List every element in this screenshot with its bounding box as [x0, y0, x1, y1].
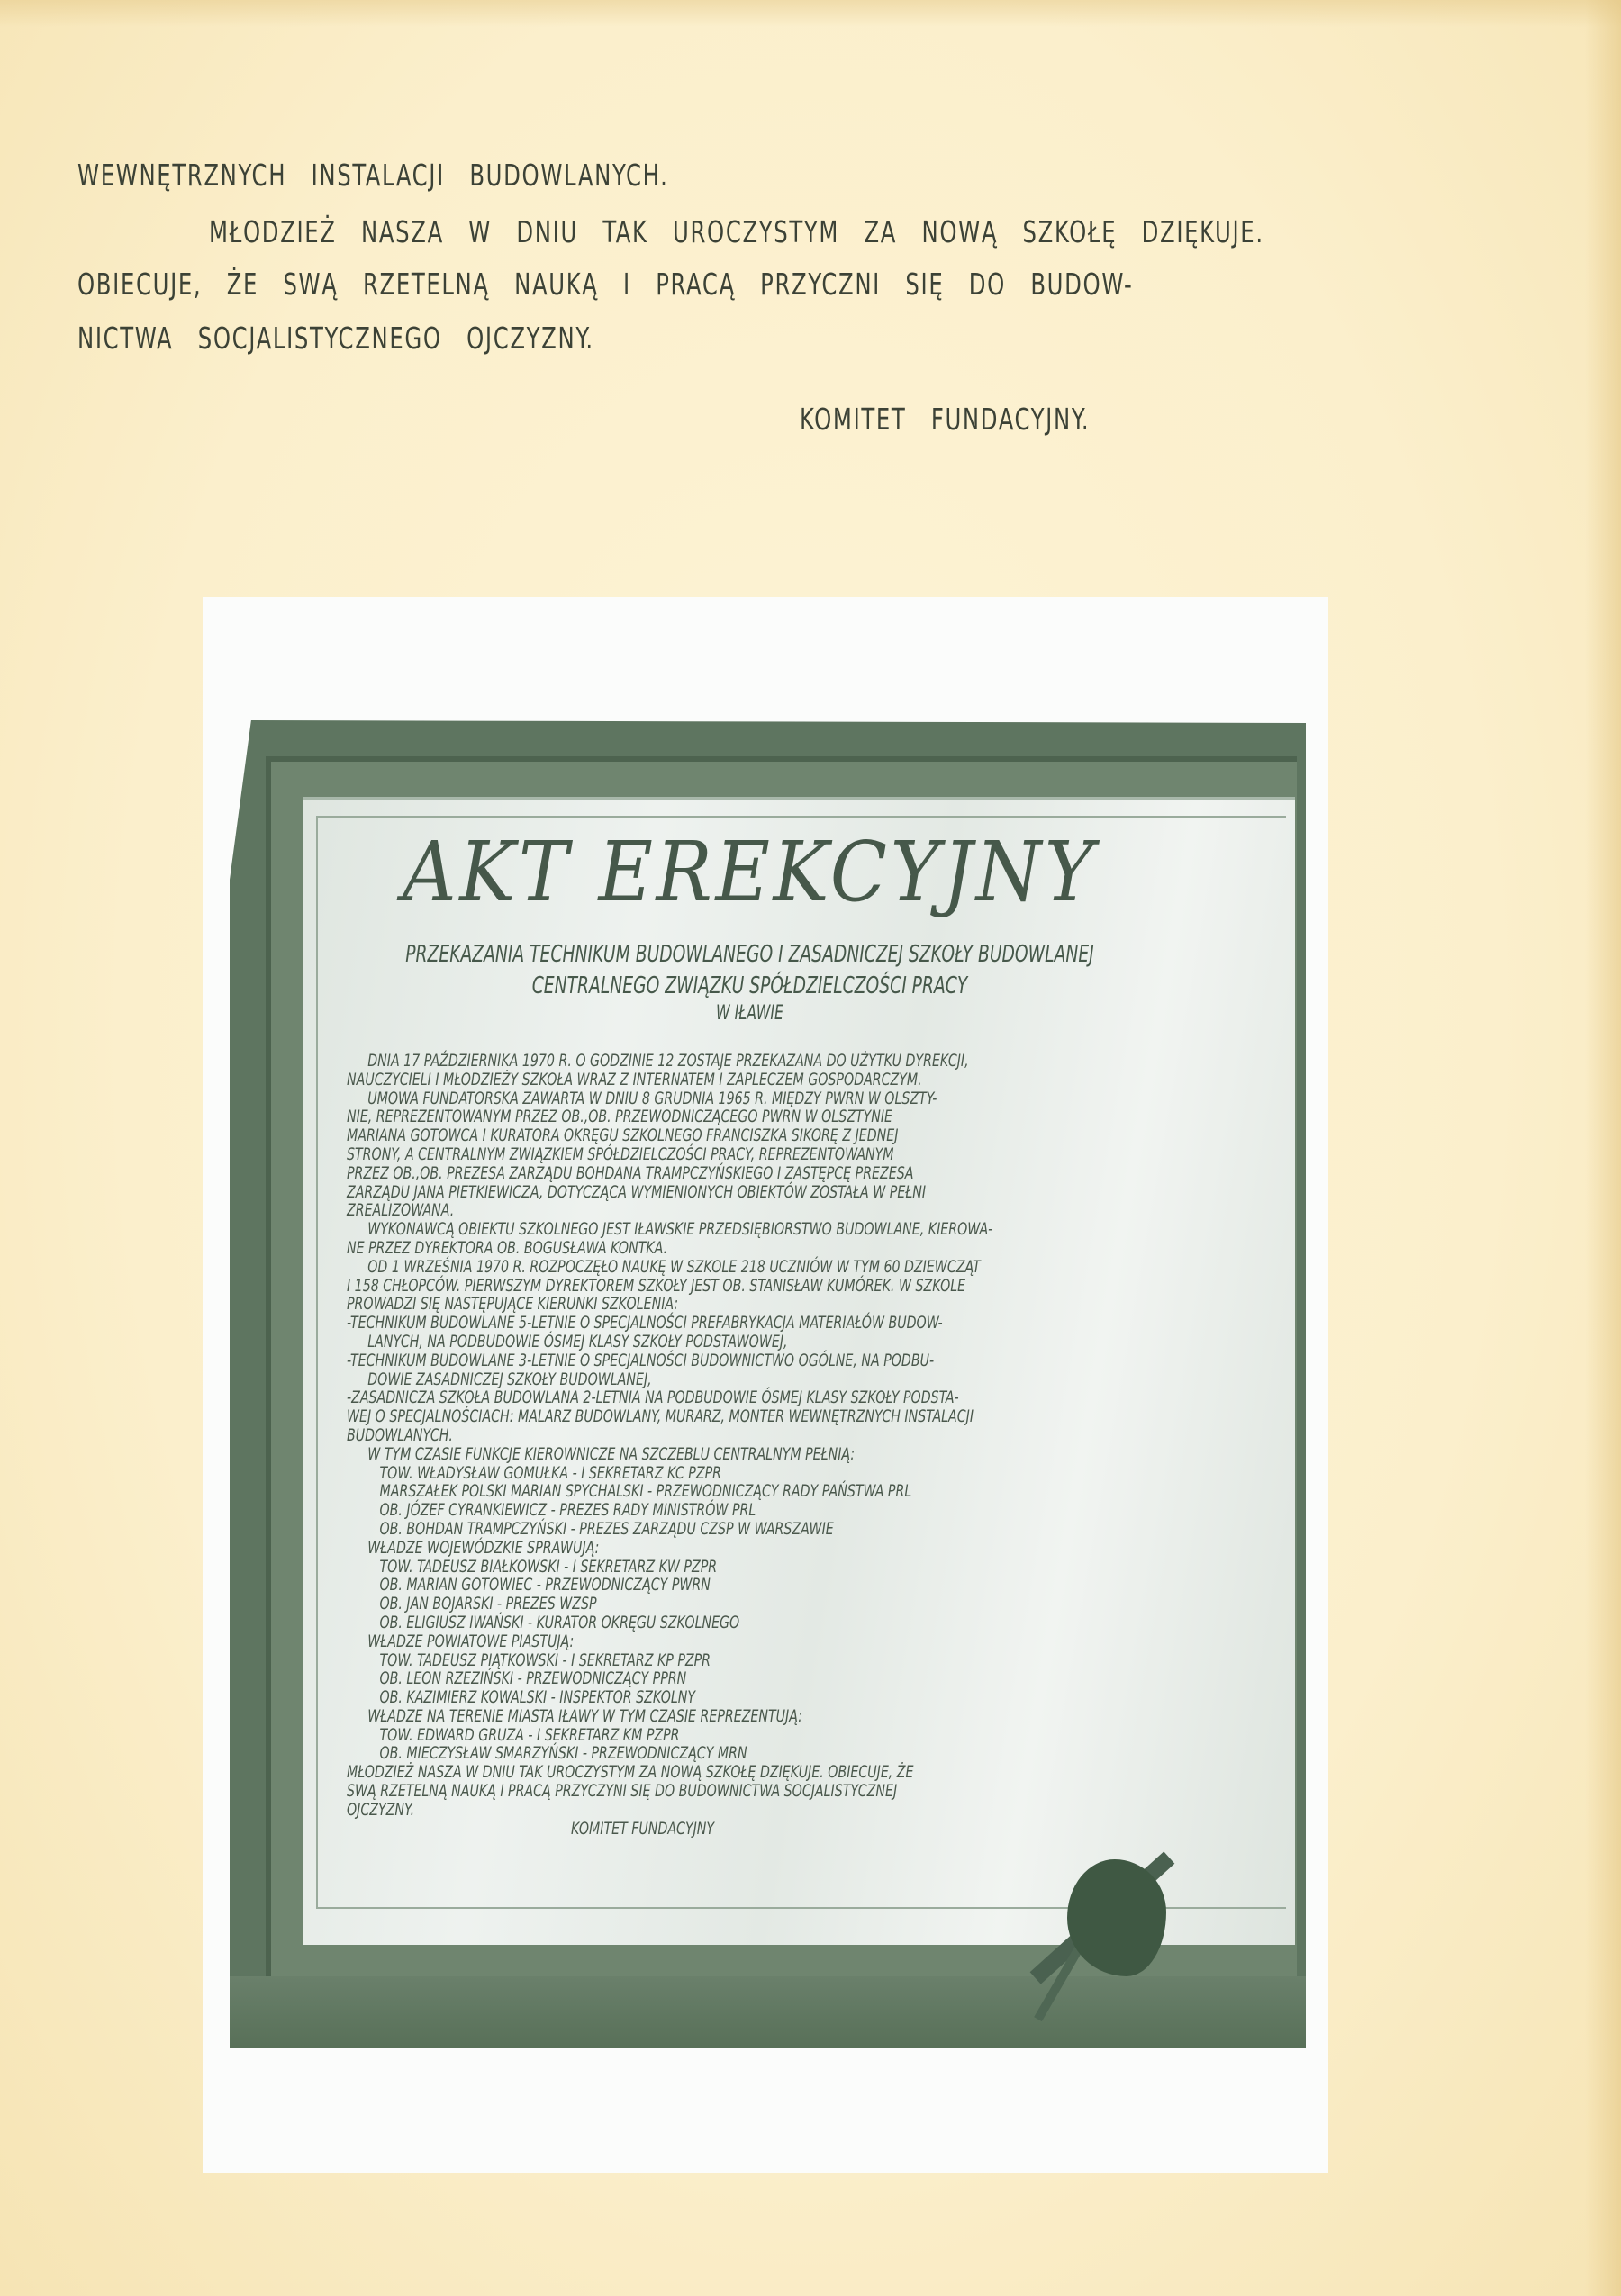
- plaque-line: BUDOWLANYCH.: [347, 1426, 1139, 1445]
- plaque-line: OB. KAZIMIERZ KOWALSKI - INSPEKTOR SZKOL…: [347, 1688, 1139, 1707]
- plaque-line: NIE, REPREZENTOWANYM PRZEZ OB.,OB. PRZEW…: [347, 1107, 1139, 1126]
- plaque-line: TOW. TADEUSZ PIĄTKOWSKI - I SEKRETARZ KP…: [347, 1651, 1139, 1670]
- plaque-line: NE PRZEZ DYREKTORA OB. BOGUSŁAWA KONTKA.: [347, 1239, 1139, 1258]
- plaque-line: OJCZYZNY.: [347, 1801, 1139, 1820]
- plaque-title: AKT EREKCYJNY: [282, 824, 1218, 920]
- plaque-line: WEJ O SPECJALNOŚCIACH: MALARZ BUDOWLANY,…: [347, 1407, 1139, 1426]
- plaque-line: ZARZĄDU JANA PIETKIEWICZA, DOTYCZĄCA WYM…: [347, 1183, 1139, 1202]
- plaque-line: OB. JÓZEF CYRANKIEWICZ - PREZES RADY MIN…: [347, 1501, 1139, 1520]
- plaque-line: OB. MIECZYSŁAW SMARZYŃSKI - PRZEWODNICZĄ…: [347, 1744, 1139, 1763]
- plaque-line: W TYM CZASIE FUNKCJE KIEROWNICZE NA SZCZ…: [347, 1445, 1139, 1464]
- handwritten-line-3: OBIECUJE, ŻE SWĄ RZETELNĄ NAUKĄ I PRACĄ …: [77, 267, 1133, 302]
- plaque-line: TOW. EDWARD GRUZA - I SEKRETARZ KM PZPR: [347, 1726, 1139, 1745]
- plaque-line: WYKONAWCĄ OBIEKTU SZKOLNEGO JEST IŁAWSKI…: [347, 1220, 1139, 1239]
- page-edge-shadow-top: [0, 0, 1621, 27]
- plaque-line: DOWIE ZASADNICZEJ SZKOŁY BUDOWLANEJ,: [347, 1370, 1139, 1389]
- plaque-line: STRONY, A CENTRALNYM ZWIĄZKIEM SPÓŁDZIEL…: [347, 1145, 1139, 1164]
- plaque-line: NAUCZYCIELI I MŁODZIEŻY SZKOŁA WRAZ Z IN…: [347, 1071, 1139, 1089]
- plaque-line: TOW. WŁADYSŁAW GOMUŁKA - I SEKRETARZ KC …: [347, 1464, 1139, 1483]
- plaque-base: [230, 1976, 1306, 2048]
- plaque-line: KOMITET FUNDACYJNY: [347, 1820, 1139, 1839]
- plaque-subtitle-2: CENTRALNEGO ZWIĄZKU SPÓŁDZIELCZOŚCI PRAC…: [334, 972, 1166, 999]
- plaque-line: I 158 CHŁOPCÓW. PIERWSZYM DYREKTOREM SZK…: [347, 1277, 1139, 1296]
- plaque-line: OB. LEON RZEZIŃSKI - PRZEWODNICZĄCY PPRN: [347, 1669, 1139, 1688]
- plaque-subtitle-1: PRZEKAZANIA TECHNIKUM BUDOWLANEGO I ZASA…: [334, 941, 1166, 968]
- plaque-line: TOW. TADEUSZ BIAŁKOWSKI - I SEKRETARZ KW…: [347, 1558, 1139, 1577]
- handwritten-line-4: NICTWA SOCJALISTYCZNEGO OJCZYZNY.: [77, 321, 594, 356]
- plaque-line: SWĄ RZETELNĄ NAUKĄ I PRACĄ PRZYCZYNI SIĘ…: [347, 1782, 1139, 1801]
- plaque-line: -TECHNIKUM BUDOWLANE 3-LETNIE O SPECJALN…: [347, 1351, 1139, 1370]
- handwritten-signature: KOMITET FUNDACYJNY.: [800, 402, 1090, 437]
- plaque-line: MARSZAŁEK POLSKI MARIAN SPYCHALSKI - PRZ…: [347, 1482, 1139, 1501]
- plaque-line: OD 1 WRZEŚNIA 1970 R. ROZPOCZĘŁO NAUKĘ W…: [347, 1258, 1139, 1277]
- handwritten-line-1: WEWNĘTRZNYCH INSTALACJI BUDOWLANYCH.: [77, 158, 669, 193]
- plaque-line: OB. JAN BOJARSKI - PREZES WZSP: [347, 1595, 1139, 1614]
- plaque-line: WŁADZE POWIATOWE PIASTUJĄ:: [347, 1632, 1139, 1651]
- plaque-line: DNIA 17 PAŹDZIERNIKA 1970 R. O GODZINIE …: [347, 1052, 1139, 1071]
- plaque-line: OB. BOHDAN TRAMPCZYŃSKI - PREZES ZARZĄDU…: [347, 1520, 1139, 1539]
- plaque-body-text: DNIA 17 PAŹDZIERNIKA 1970 R. O GODZINIE …: [347, 1052, 1301, 1838]
- plaque-line: OB. ELIGIUSZ IWAŃSKI - KURATOR OKRĘGU SZ…: [347, 1614, 1139, 1632]
- page-edge-shadow-right: [1585, 0, 1621, 2296]
- plaque-line: PRZEZ OB.,OB. PREZESA ZARZĄDU BOHDANA TR…: [347, 1164, 1139, 1183]
- handwritten-line-2: MŁODZIEŻ NASZA W DNIU TAK UROCZYSTYM ZA …: [209, 214, 1264, 249]
- plaque-line: MŁODZIEŻ NASZA W DNIU TAK UROCZYSTYM ZA …: [347, 1763, 1139, 1782]
- plaque-line: WŁADZE NA TERENIE MIASTA IŁAWY W TYM CZA…: [347, 1707, 1139, 1726]
- plaque-photo: AKT EREKCYJNY PRZEKAZANIA TECHNIKUM BUDO…: [230, 720, 1306, 2048]
- plaque-line: PROWADZI SIĘ NASTĘPUJĄCE KIERUNKI SZKOLE…: [347, 1295, 1139, 1314]
- plaque-line: MARIANA GOTOWCA I KURATORA OKRĘGU SZKOLN…: [347, 1126, 1139, 1145]
- plaque-line: LANYCH, NA PODBUDOWIE ÓSMEJ KLASY SZKOŁY…: [347, 1333, 1139, 1351]
- plaque-line: WŁADZE WOJEWÓDZKIE SPRAWUJĄ:: [347, 1539, 1139, 1558]
- plaque-subtitle-3: W IŁAWIE: [334, 1002, 1166, 1025]
- plaque-line: -TECHNIKUM BUDOWLANE 5-LETNIE O SPECJALN…: [347, 1314, 1139, 1333]
- plaque-line: ZREALIZOWANA.: [347, 1201, 1139, 1220]
- plaque-line: -ZASADNICZA SZKOŁA BUDOWLANA 2-LETNIA NA…: [347, 1388, 1139, 1407]
- plaque-line: UMOWA FUNDATORSKA ZAWARTA W DNIU 8 GRUDN…: [347, 1089, 1139, 1108]
- plaque-line: OB. MARIAN GOTOWIEC - PRZEWODNICZĄCY PWR…: [347, 1576, 1139, 1595]
